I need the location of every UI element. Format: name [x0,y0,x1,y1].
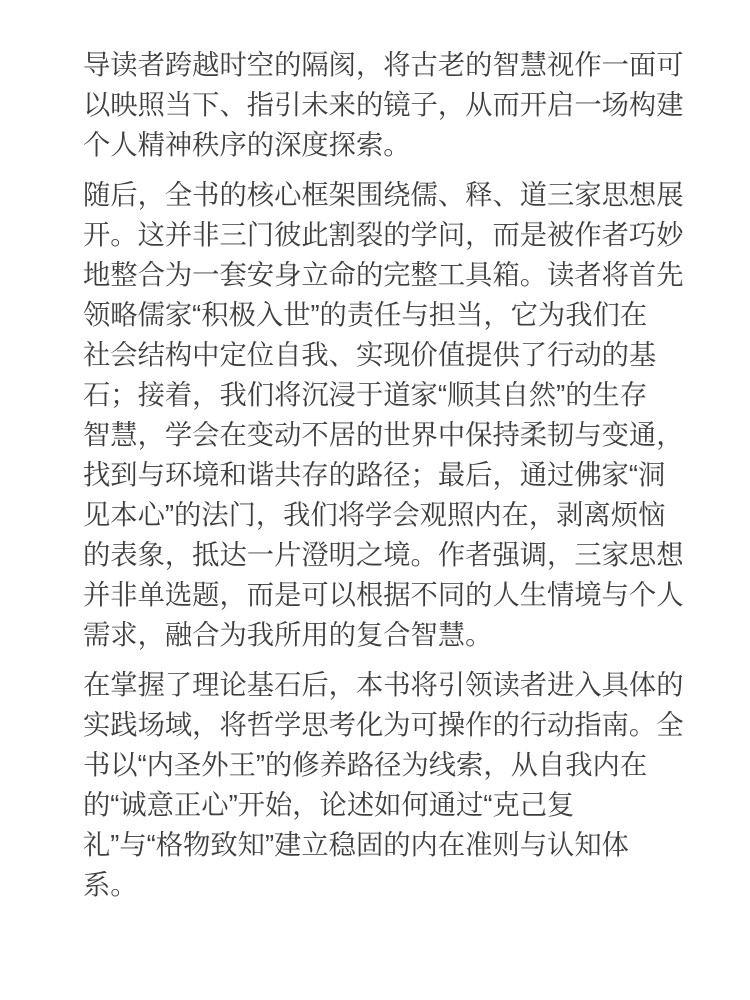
paragraph-practice-path: 在掌握了理论基石后，本书将引领读者进入具体的 实践场域，将哲学思考化为可操作的行… [83,665,690,905]
text-line: 的“诚意正心”开始，论述如何通过“克己复 [83,785,690,825]
text-line: 见本心”的法门，我们将学会观照内在，剥离烦恼 [83,495,690,535]
document-page: 导读者跨越时空的隔阂，将古老的智慧视作一面可 以映照当下、指引未来的镜子，从而开… [0,0,750,1000]
text-line: 书以“内圣外王”的修养路径为线索，从自我内在 [83,745,690,785]
text-line: 个人精神秩序的深度探索。 [83,125,690,165]
text-line: 导读者跨越时空的隔阂，将古老的智慧视作一面可 [83,45,690,85]
text-line: 以映照当下、指引未来的镜子，从而开启一场构建 [83,85,690,125]
text-line: 需求，融合为我所用的复合智慧。 [83,615,690,655]
text-line: 地整合为一套安身立命的完整工具箱。读者将首先 [83,255,690,295]
text-line: 系。 [83,865,690,905]
text-line: 找到与环境和谐共存的路径；最后，通过佛家“洞 [83,455,690,495]
text-line: 开。这并非三门彼此割裂的学问，而是被作者巧妙 [83,215,690,255]
text-line: 实践场域，将哲学思考化为可操作的行动指南。全 [83,705,690,745]
text-line: 礼”与“格物致知”建立稳固的内在准则与认知体 [83,825,690,865]
text-line: 智慧，学会在变动不居的世界中保持柔韧与变通， [83,415,690,455]
paragraph-intro-mirror: 导读者跨越时空的隔阂，将古老的智慧视作一面可 以映照当下、指引未来的镜子，从而开… [83,45,690,165]
text-line: 随后，全书的核心框架围绕儒、释、道三家思想展 [83,175,690,215]
text-line: 领略儒家“积极入世”的责任与担当，它为我们在 [83,295,690,335]
text-line: 并非单选题，而是可以根据不同的人生情境与个人 [83,575,690,615]
text-line: 石；接着，我们将沉浸于道家“顺其自然”的生存 [83,375,690,415]
paragraph-three-schools: 随后，全书的核心框架围绕儒、释、道三家思想展 开。这并非三门彼此割裂的学问，而是… [83,175,690,655]
text-line: 在掌握了理论基石后，本书将引领读者进入具体的 [83,665,690,705]
text-line: 社会结构中定位自我、实现价值提供了行动的基 [83,335,690,375]
text-line: 的表象，抵达一片澄明之境。作者强调，三家思想 [83,535,690,575]
